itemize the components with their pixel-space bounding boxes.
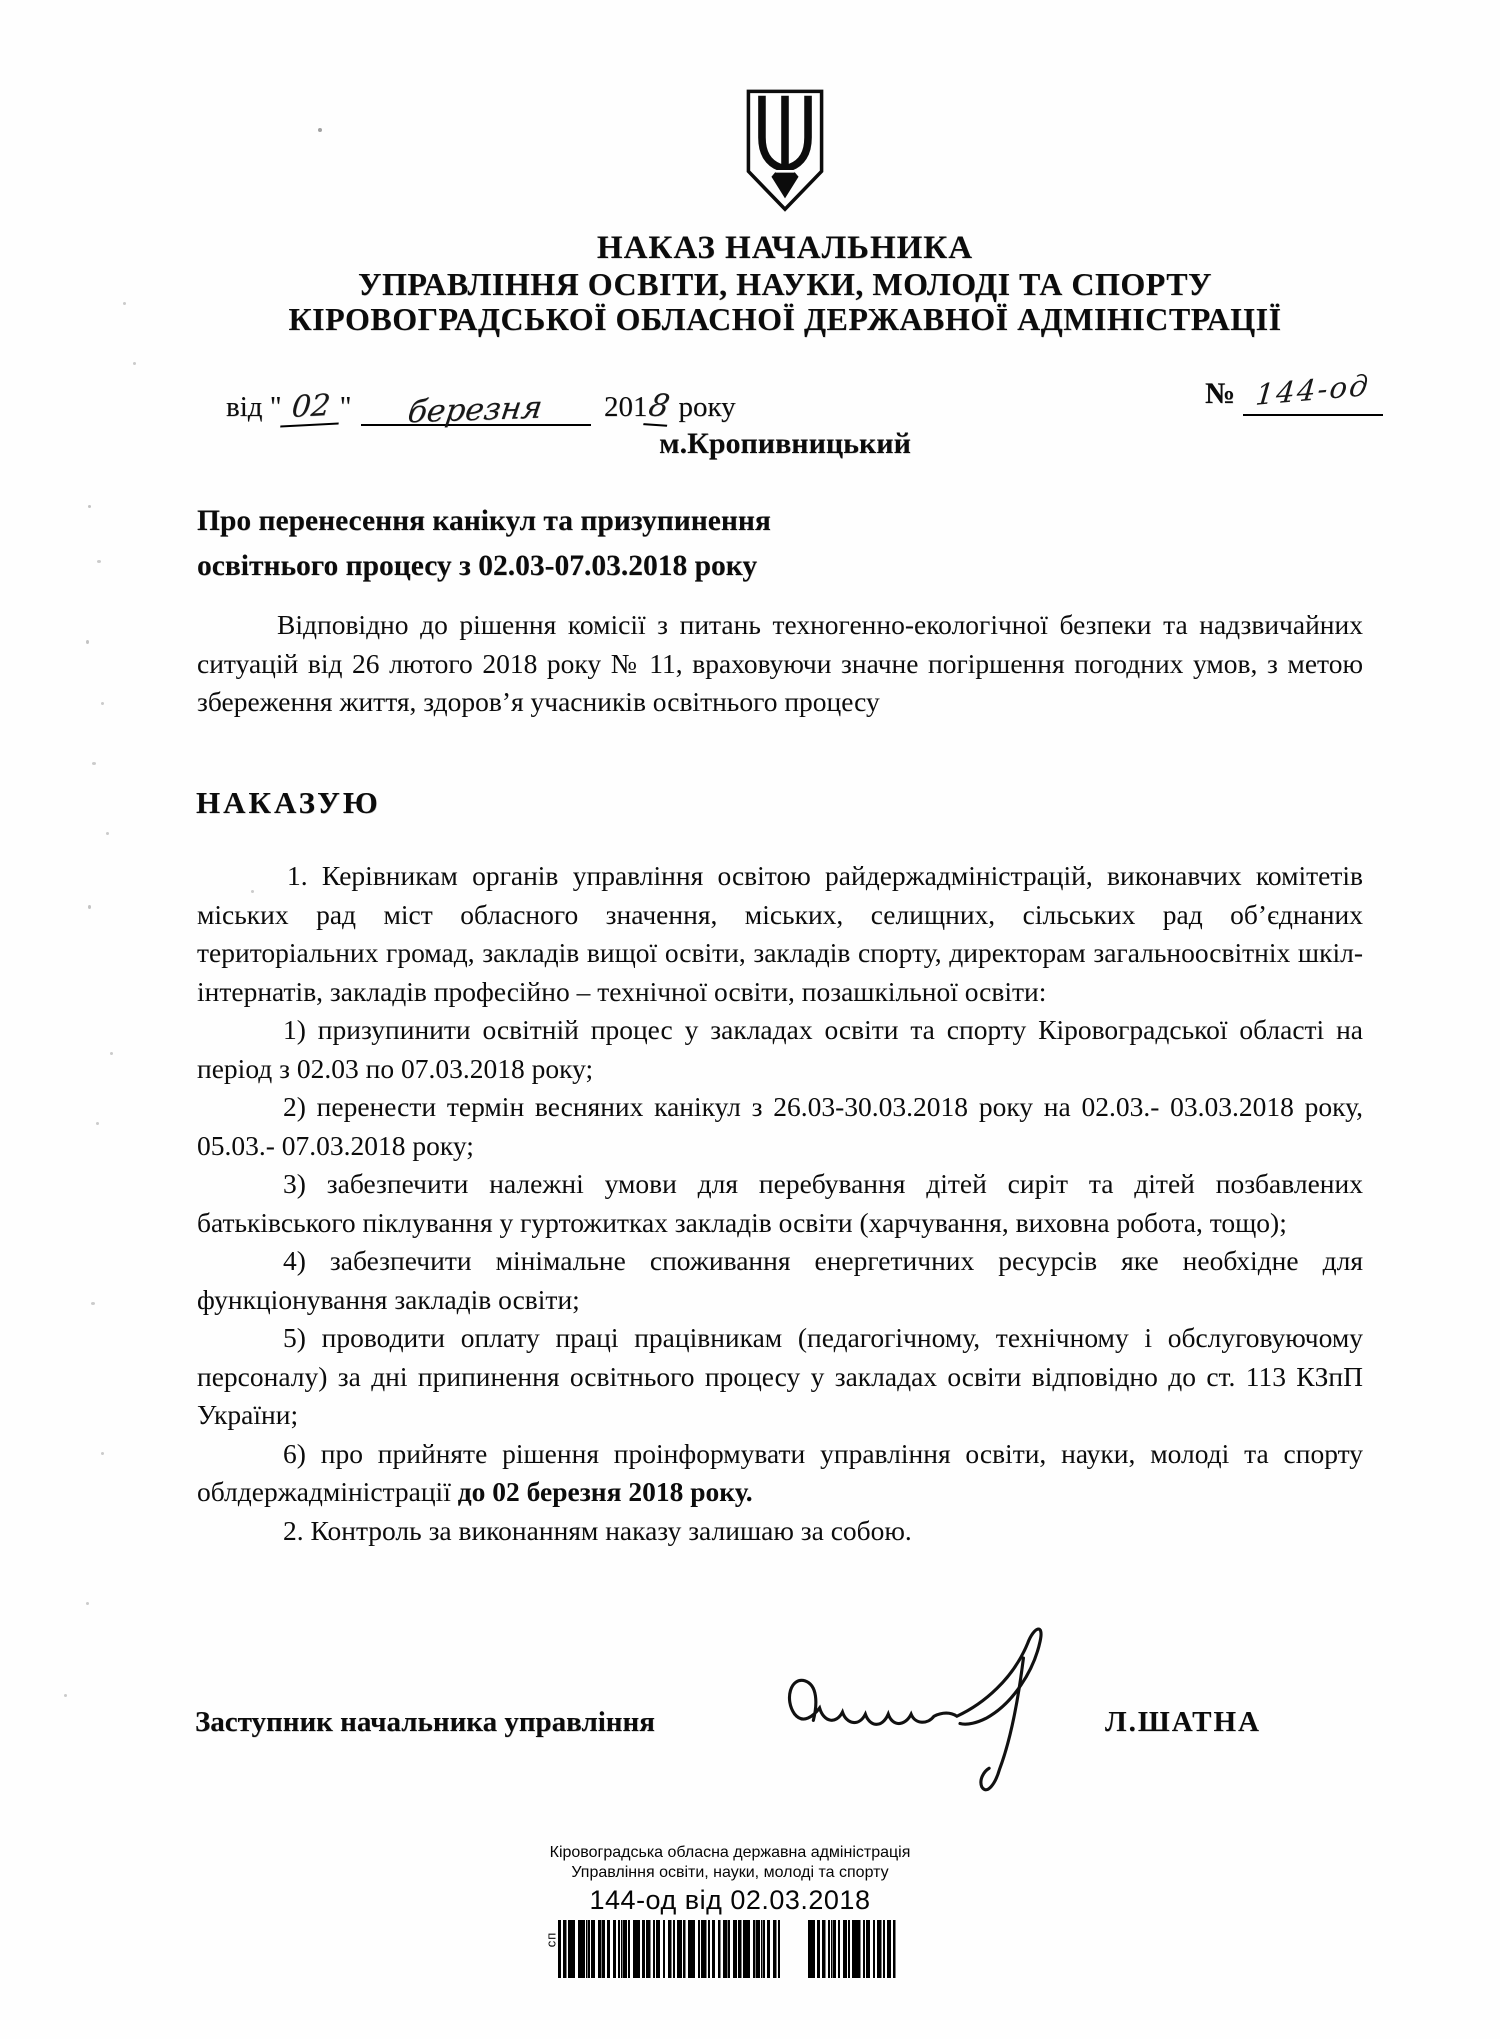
barcode-side-label: сп (543, 1932, 558, 1948)
stamp-line-1: Кіровоградська обласна державна адмініст… (0, 1843, 1480, 1863)
year-printed: 201 (604, 391, 648, 423)
subitem-2: 2) перенести термін весняних канікул з 2… (197, 1088, 1363, 1165)
barcode (558, 1920, 898, 1978)
barcode-row: сп (0, 1920, 1480, 1982)
ukraine-trident-icon (743, 86, 827, 216)
handwritten-day: 02 (280, 388, 342, 428)
subitem-4: 4) забезпечити мінімальне споживання ене… (197, 1242, 1363, 1319)
intro-paragraph: Відповідно до рішення комісії з питань т… (197, 606, 1363, 722)
header-line-3: КІРОВОГРАДСЬКОЇ ОБЛАСНОЇ ДЕРЖАВНОЇ АДМІН… (35, 302, 1500, 338)
month-blank: березня (361, 388, 591, 426)
year-suffix: року (678, 391, 735, 423)
subitem-1: 1) призупинити освітній процес у заклада… (197, 1011, 1363, 1088)
subitem-6-deadline: до 02 березня 2018 року. (458, 1476, 753, 1507)
document-header: НАКАЗ НАЧАЛЬНИКА УПРАВЛІННЯ ОСВІТИ, НАУК… (35, 231, 1500, 338)
handwritten-year-digit: 8 (644, 387, 675, 427)
order-body: 1. Керівникам органів управління освітою… (197, 857, 1363, 1550)
subitem-3: 3) забезпечити належні умови для перебув… (197, 1165, 1363, 1242)
subitem-6: 6) про прийняте рішення проінформувати у… (197, 1435, 1363, 1512)
subitem-6-text: 6) про прийняте рішення проінформувати у… (197, 1438, 1363, 1508)
header-line-2: УПРАВЛІННЯ ОСВІТИ, НАУКИ, МОЛОДІ ТА СПОР… (35, 267, 1500, 303)
registration-stamp: Кіровоградська обласна державна адмініст… (0, 1843, 1480, 1982)
header-line-1: НАКАЗ НАЧАЛЬНИКА (35, 231, 1500, 267)
subitem-5: 5) проводити оплату праці працівникам (п… (197, 1319, 1363, 1435)
date-from-label: від (226, 391, 263, 423)
handwritten-number: 144-од (1254, 368, 1371, 412)
open-quote: " (270, 391, 282, 423)
stamp-number-date: 144-од від 02.03.2018 (0, 1885, 1480, 1915)
scanned-order-document: НАКАЗ НАЧАЛЬНИКА УПРАВЛІННЯ ОСВІТИ, НАУК… (0, 0, 1500, 2039)
signature-autograph (778, 1615, 1090, 1805)
subject-line-2: освітнього процесу з 02.03-07.03.2018 ро… (197, 544, 771, 589)
date-line: від "02" березня 2018 року (226, 388, 736, 426)
city-line: м.Кропивницький (35, 427, 1500, 461)
order-number: № 144-од (1205, 376, 1383, 416)
handwritten-month: березня (406, 390, 545, 431)
stamp-line-2: Управління освіти, науки, молоді та спор… (0, 1863, 1480, 1883)
subject-line-1: Про перенесення канікул та призупинення (197, 499, 771, 544)
signatory-name: Л.ШАТНА (1105, 1706, 1261, 1739)
close-quote: " (340, 391, 352, 423)
number-sign: № (1205, 377, 1235, 410)
order-heading: НАКАЗУЮ (196, 785, 381, 821)
paragraph-2-control: 2. Контроль за виконанням наказу залишаю… (197, 1512, 1363, 1551)
paragraph-1: 1. Керівникам органів управління освітою… (197, 857, 1363, 1011)
signatory-title: Заступник начальника управління (195, 1706, 655, 1739)
subject-block: Про перенесення канікул та призупинення … (197, 499, 771, 589)
number-blank: 144-од (1243, 376, 1383, 416)
